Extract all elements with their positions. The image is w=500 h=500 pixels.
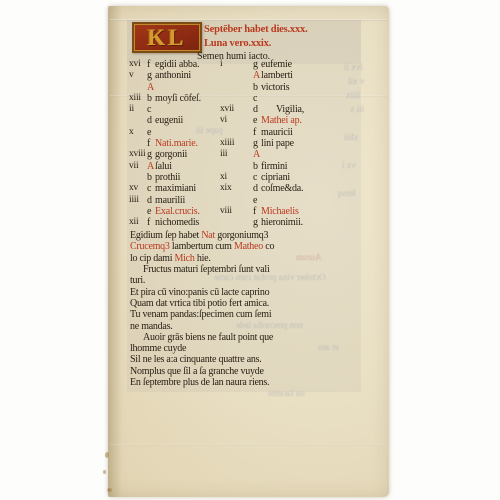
bleedthrough-text: Aurum: [296, 252, 322, 262]
verse-segment: gorgoniumq3: [215, 230, 268, 241]
golden-number: v: [129, 70, 147, 81]
verse-line: Quam dat vrtica tibi potio fert amica.: [130, 298, 364, 309]
dominical-letter: d: [147, 115, 155, 126]
golden-number: xi: [220, 172, 253, 183]
verse-line: Tu venam pandas:ſpecimen cum ſemi: [130, 309, 364, 320]
golden-number: [220, 82, 253, 93]
verse-segment: Egidium ſep habet: [130, 230, 201, 241]
golden-number: iii: [220, 149, 253, 160]
verse-segment: Crucemq3: [130, 241, 170, 252]
calendar-header-line2: Luna vero.xxix.: [204, 38, 271, 49]
verse-line: Crucemq3 lambertum cum Matheo co: [130, 241, 364, 252]
bleedthrough-text: ou lacente: [268, 388, 305, 398]
calendar-row: Abvictoris: [129, 82, 361, 93]
golden-number: [220, 70, 253, 81]
dominical-letter: c: [253, 93, 261, 104]
parchment-speck: [107, 488, 112, 492]
golden-number: [129, 206, 147, 217]
golden-number: vi: [220, 115, 253, 126]
dominical-letter: c: [147, 183, 155, 194]
golden-number: [129, 172, 147, 183]
calendar-row: iiiidmauriliie: [129, 195, 361, 206]
golden-number: [220, 195, 253, 206]
bleedthrough-text: v xil: [348, 76, 364, 86]
golden-number: [129, 115, 147, 126]
bleedthrough-text: non precordia lede: [236, 320, 303, 330]
verse-line: lo cip dami Mich hie.: [130, 253, 364, 264]
bleedthrough-text: vx i: [342, 160, 356, 170]
dominical-letter: f: [147, 217, 155, 228]
verse-segment: lhomme cuyde: [130, 343, 186, 354]
dominical-letter: g: [253, 59, 261, 70]
golden-number: iiii: [129, 195, 147, 206]
dominical-letter: e: [253, 195, 261, 206]
dominical-letter: f: [253, 127, 261, 138]
dominical-letter: d: [253, 104, 261, 115]
calendar-row: xvifegidii abba.igeufemie: [129, 59, 361, 70]
golden-number: [129, 138, 147, 149]
verse-segment: ne mandas.: [130, 321, 173, 332]
feast-name: hieronimii.: [261, 217, 361, 228]
verse-line: Nomplus que ſil a ſa granche vuyde: [130, 366, 364, 377]
feast-name: cipriani: [261, 172, 361, 183]
verse-segment: Et pira cū vino:panis cū lacte caprino: [130, 287, 269, 298]
golden-number: [220, 93, 253, 104]
kl-letters: KL: [147, 26, 186, 49]
golden-number: xiii: [129, 93, 147, 104]
dominical-letter: A: [253, 149, 261, 160]
dominical-letter: f: [253, 206, 261, 217]
dominical-letter: e: [253, 115, 261, 126]
golden-number: [220, 161, 253, 172]
dominical-letter: A: [147, 82, 155, 93]
dominical-letter: d: [147, 195, 155, 206]
dominical-letter: g: [253, 217, 261, 228]
feast-name: maximiani: [155, 183, 220, 194]
calendar-header-line1: Septēber habet dies.xxx.: [204, 24, 308, 35]
golden-number: [220, 217, 253, 228]
calendar-row: deugeniivieMathei ap.: [129, 115, 361, 126]
dominical-letter: e: [147, 206, 155, 217]
calendar-table: xvifegidii abba.igeufemievganthoniniAlam…: [129, 59, 361, 228]
verse-line: Egidium ſep habet Nat gorgoniumq3: [130, 230, 364, 241]
bleedthrough-text: pape iii: [196, 125, 223, 135]
photo-of-manuscript-leaf: KL Septēber habet dies.xxx. Luna vero.xx…: [0, 0, 500, 500]
calendar-row: bprothiixiccipriani: [129, 172, 361, 183]
feast-name: moyſi cōfeſ.: [155, 93, 220, 104]
dominical-letter: f: [147, 138, 155, 149]
verse-segment: En ſeptembre plus de lan naura riens.: [130, 377, 269, 388]
golden-number: [129, 82, 147, 93]
crease-line: [110, 444, 387, 446]
calendar-row: xvcmaximianixixdcoſme&da.: [129, 183, 361, 194]
dominical-letter: g: [147, 70, 155, 81]
golden-number: xvii: [220, 104, 253, 115]
feast-name: Vigilia,: [261, 104, 361, 115]
bleedthrough-text: et ans: [318, 342, 339, 352]
golden-number: xviii: [129, 149, 147, 160]
feast-name: nichomedis: [155, 217, 220, 228]
dominical-letter: b: [253, 161, 261, 172]
calendar-row: eExal.crucis.viiifMichaelis: [129, 206, 361, 217]
verse-line: En ſeptembre plus de lan naura riens.: [130, 377, 364, 388]
golden-number: xvi: [129, 59, 147, 70]
golden-number: xiiii: [220, 138, 253, 149]
golden-number: xv: [129, 183, 147, 194]
feast-name: Nati.marie.: [155, 138, 220, 149]
verse-line: Et pira cū vino:panis cū lacte caprino: [130, 287, 364, 298]
verse-segment: Quam dat vrtica tibi potio fert amica.: [130, 298, 269, 309]
feast-name: gorgonii: [155, 149, 220, 160]
feast-name: egidii abba.: [155, 59, 220, 70]
calendar-row: fNati.marie.xiiiiglini pape: [129, 138, 361, 149]
golden-number: x: [129, 127, 147, 138]
calendar-row: vganthoniniAlamberti: [129, 70, 361, 81]
verse-paragraphs: Egidium ſep habet Nat gorgoniumq3Crucemq…: [130, 230, 364, 388]
dominical-letter: c: [147, 104, 155, 115]
bleedthrough-text: lmsq: [338, 188, 356, 198]
dominical-letter: d: [253, 183, 261, 194]
dominical-letter: b: [147, 93, 155, 104]
golden-number: xix: [220, 183, 253, 194]
verse-segment: lambertum cum: [170, 241, 234, 252]
dominical-letter: c: [253, 172, 261, 183]
dominical-letter: A: [253, 70, 261, 81]
verse-segment: Nat: [201, 230, 215, 241]
dominical-letter: g: [253, 138, 261, 149]
dominical-letter: e: [147, 127, 155, 138]
calendar-row: iicxviidVigilia,: [129, 104, 361, 115]
verse-segment: Matheo: [234, 241, 263, 252]
verse-segment: Tu venam pandas:ſpecimen cum ſemi: [130, 309, 271, 320]
golden-number: i: [220, 59, 253, 70]
feast-name: maurilii: [155, 195, 220, 206]
dominical-letter: A: [147, 161, 155, 172]
golden-number: viii: [220, 206, 253, 217]
golden-number: ii: [129, 104, 147, 115]
feast-name: Exal.crucis.: [155, 206, 220, 217]
feast-name: prothii: [155, 172, 220, 183]
feast-name: Mathei ap.: [261, 115, 361, 126]
verse-segment: co: [263, 241, 274, 252]
bleedthrough-text: lvx ii: [344, 62, 363, 72]
verse-segment: Sil ne les a:a cinquante quattre ans.: [130, 354, 262, 365]
verse-segment: Mich: [175, 253, 195, 264]
calendar-row: xiifnichomedisghieronimii.: [129, 217, 361, 228]
dominical-letter: b: [147, 172, 155, 183]
calendar-row: viiAſaluibfirmini: [129, 161, 361, 172]
golden-number: [220, 127, 253, 138]
verse-segment: Nomplus que ſil a ſa granche vuyde: [130, 366, 264, 377]
parchment-speck: [103, 470, 106, 474]
golden-number: vii: [129, 161, 147, 172]
calendar-row: xefmauricii: [129, 127, 361, 138]
bleedthrough-text: iii x: [350, 104, 364, 114]
verse-segment: turi.: [130, 275, 145, 286]
verse-segment: hie.: [195, 253, 211, 264]
decorated-kl-initial: KL: [132, 22, 202, 53]
parchment-speck: [105, 452, 109, 458]
verse-line: Sil ne les a:a cinquante quattre ans.: [130, 354, 364, 365]
feast-name: Michaelis: [261, 206, 361, 217]
dominical-letter: g: [147, 149, 155, 160]
feast-name: [155, 82, 220, 93]
verse-segment: Auoir grās biens ne fault point que: [143, 332, 273, 343]
leaf-gutter-shadow: [108, 6, 122, 497]
feast-name: ſalui: [155, 161, 220, 172]
dominical-letter: b: [253, 82, 261, 93]
verse-segment: lo cip dami: [130, 253, 175, 264]
bleedthrough-text: October vina probat cum carne: [214, 272, 325, 282]
feast-name: [261, 149, 361, 160]
bleedthrough-text: xliii: [344, 132, 359, 142]
bleedthrough-text: iliix: [346, 90, 361, 100]
feast-name: [155, 104, 220, 115]
calendar-row: xiiibmoyſi cōfeſ.c: [129, 93, 361, 104]
calendar-row: xviiiggorgoniiiiiA: [129, 149, 361, 160]
golden-number: xii: [129, 217, 147, 228]
feast-name: anthonini: [155, 70, 220, 81]
dominical-letter: f: [147, 59, 155, 70]
